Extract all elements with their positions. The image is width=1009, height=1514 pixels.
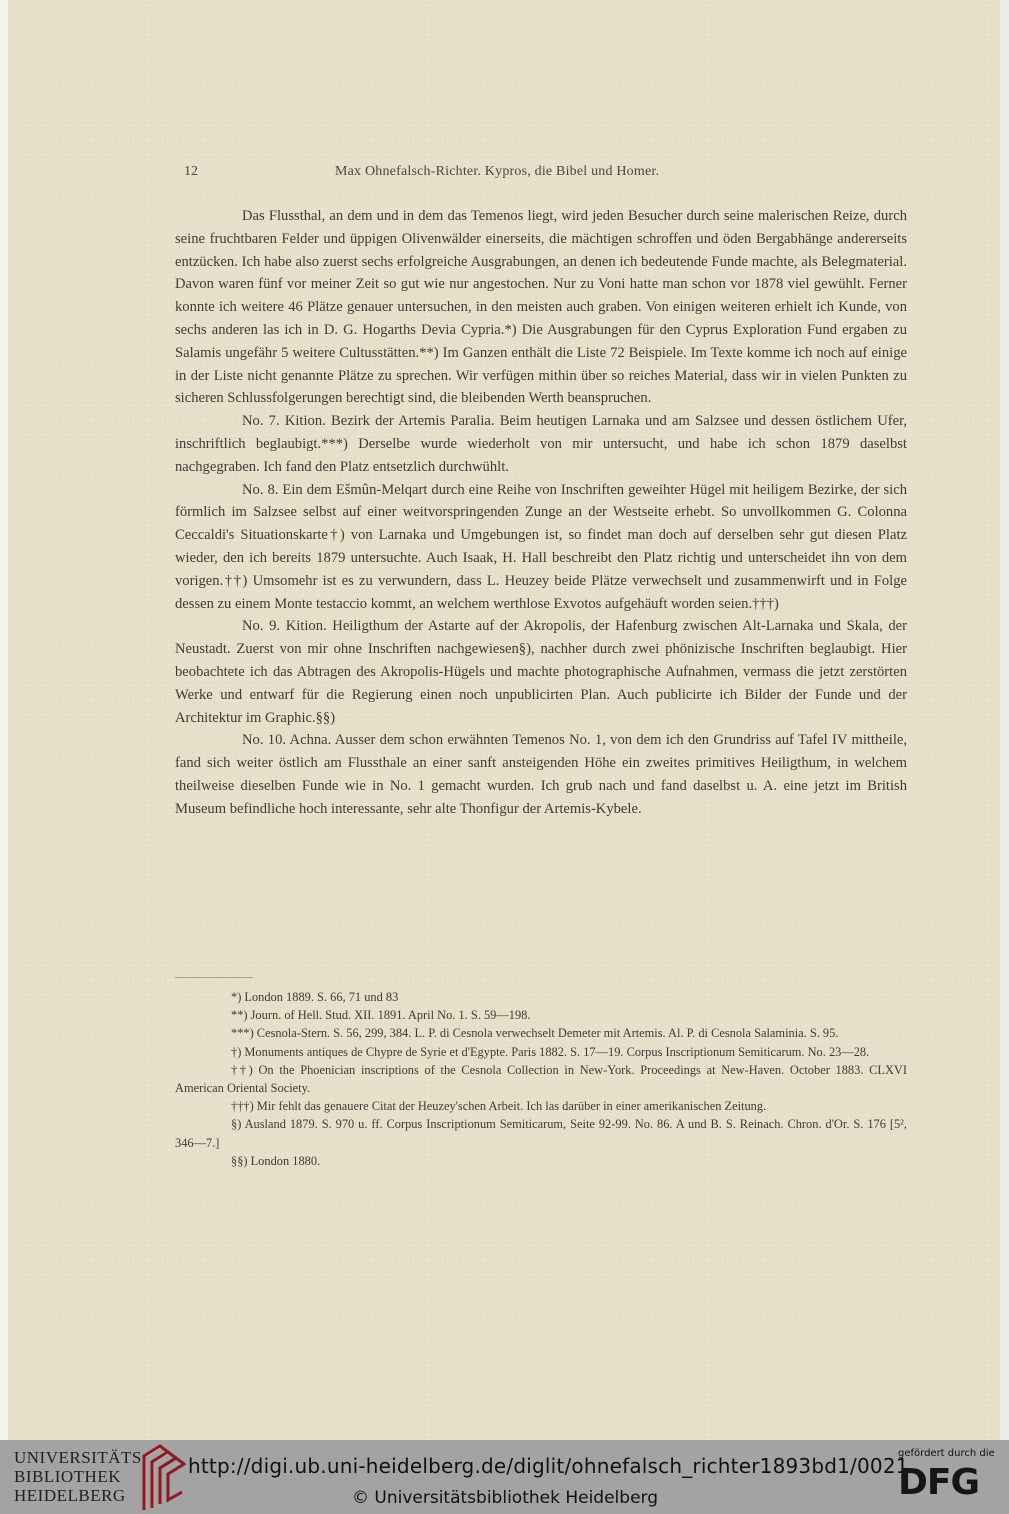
paragraph-no-7: No. 7. Kition. Bezirk der Artemis Parali…: [175, 410, 907, 478]
footnote: §§) London 1880.: [175, 1152, 907, 1170]
footnote: ††) On the Phoenician inscriptions of th…: [175, 1061, 907, 1097]
footnote: *) London 1889. S. 66, 71 und 83: [175, 988, 907, 1006]
footnote-rule: [175, 977, 253, 978]
library-banner: UNIVERSITÄTS- BIBLIOTHEK HEIDELBERG http…: [0, 1440, 1009, 1514]
paragraph-no-8: No. 8. Ein dem Ešmûn-Melqart durch eine …: [175, 479, 907, 616]
permalink-url[interactable]: http://digi.ub.uni-heidelberg.de/diglit/…: [188, 1454, 909, 1478]
footnote: **) Journ. of Hell. Stud. XII. 1891. Apr…: [175, 1006, 907, 1024]
footnotes: *) London 1889. S. 66, 71 und 83 **) Jou…: [175, 988, 907, 1170]
body-text: Das Flussthal, an dem und in dem das Tem…: [175, 205, 907, 821]
footnote: †) Monuments antiques de Chypre de Syrie…: [175, 1043, 907, 1061]
funding-caption: gefördert durch die: [898, 1448, 995, 1459]
running-head: Max Ohnefalsch-Richter. Kypros, die Bibe…: [335, 164, 659, 180]
paragraph-intro: Das Flussthal, an dem und in dem das Tem…: [175, 205, 907, 410]
footnote: †††) Mir fehlt das genauere Citat der He…: [175, 1097, 907, 1115]
dfg-logo-icon: DFG: [898, 1464, 979, 1502]
page-number: 12: [184, 164, 198, 180]
page-margin-right: [1000, 0, 1009, 1440]
copyright-notice: © Universitätsbibliothek Heidelberg: [352, 1488, 658, 1508]
library-name: UNIVERSITÄTS- BIBLIOTHEK HEIDELBERG: [14, 1448, 148, 1505]
library-logo-icon: [134, 1442, 186, 1512]
footnote: ***) Cesnola-Stern. S. 56, 299, 384. L. …: [175, 1024, 907, 1042]
paragraph-no-10: No. 10. Achna. Ausser dem schon erwähnte…: [175, 729, 907, 820]
paragraph-no-9: No. 9. Kition. Heiligthum der Astarte au…: [175, 615, 907, 729]
footnote: §) Ausland 1879. S. 970 u. ff. Corpus In…: [175, 1115, 907, 1151]
